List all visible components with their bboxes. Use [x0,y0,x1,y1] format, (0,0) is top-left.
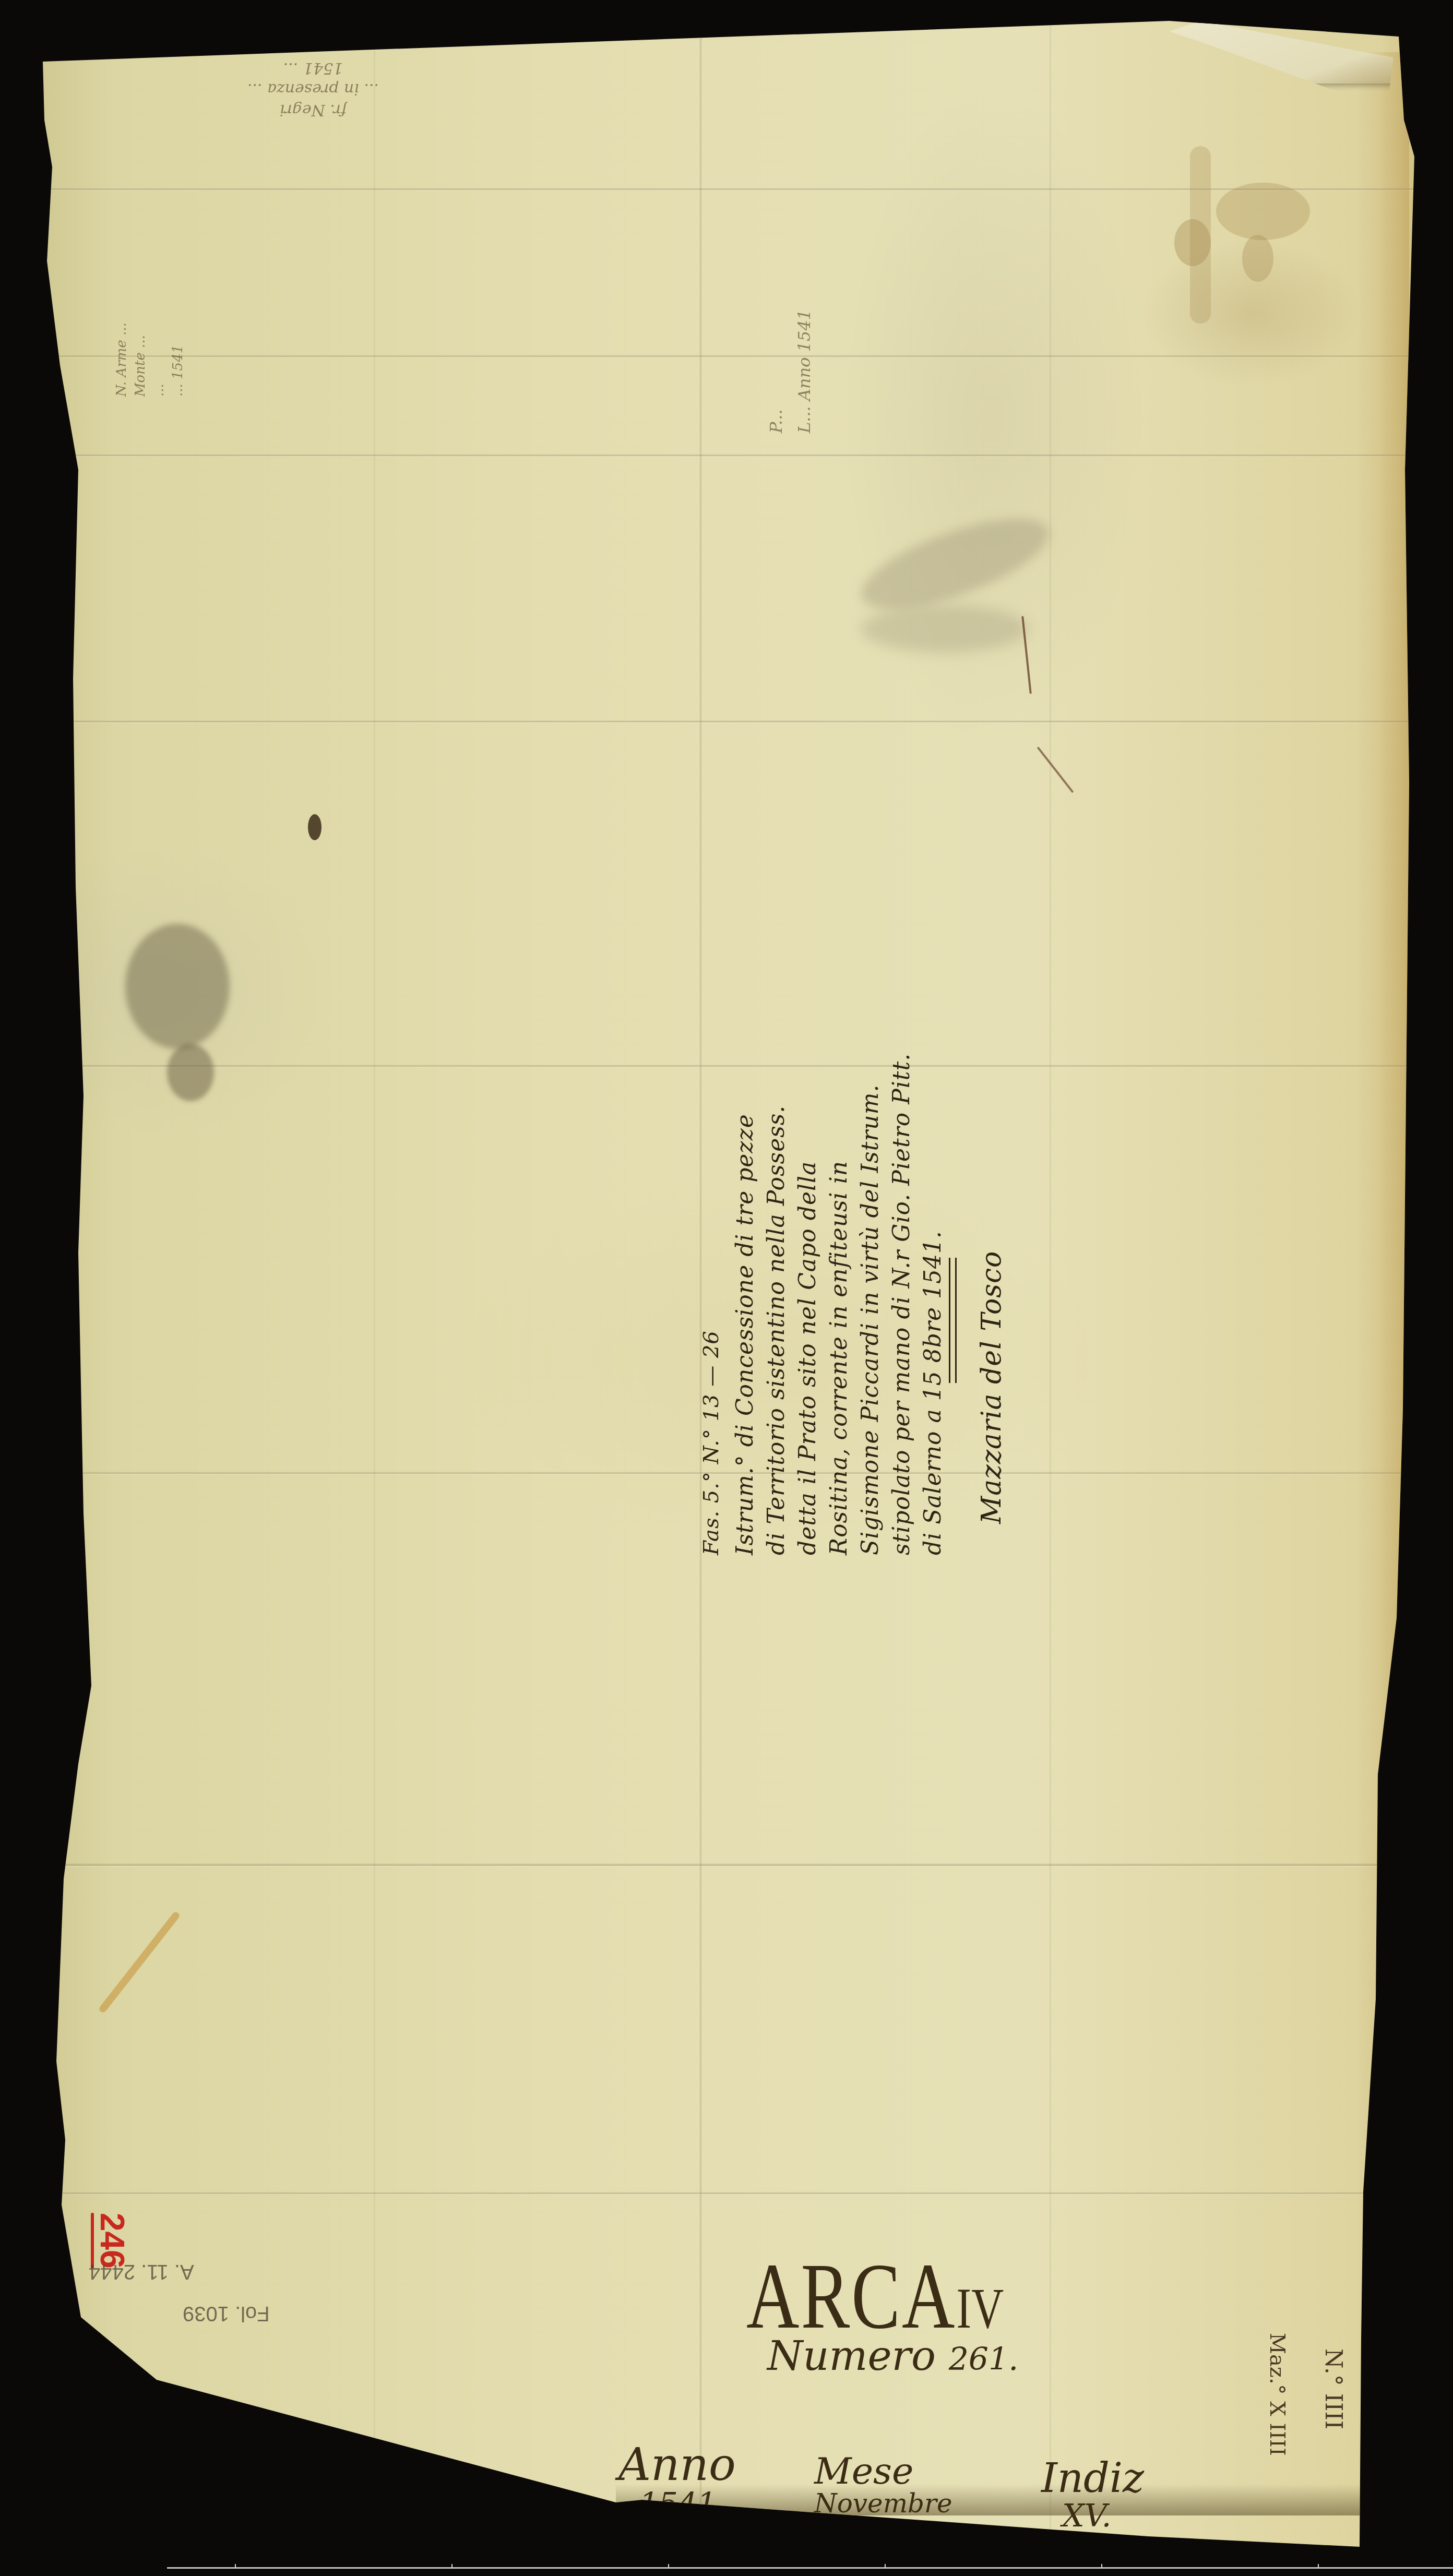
pencil-reference: A. 11. 2444 [89,2260,194,2283]
rust-streak [98,1911,181,2014]
mold-stain [167,1044,214,1101]
margin-line: ... 1541 [169,323,187,397]
scanner-ruler [167,2567,1453,2569]
signature-rule [949,1258,950,1383]
main-annotation-line: stipolato per mano di N.r Gio. Pietro Pi… [888,1053,915,1555]
main-annotation-line: Istrum.° di Concessione di tre pezze [732,1114,758,1555]
signature-rule [955,1258,957,1383]
top-annotation-line: fr. Negri [209,99,418,120]
water-stain [1242,235,1273,282]
faint-register-note: P... L... Anno 1541 [762,309,818,433]
left-margin-annotation: N. Arme ... Monte ... ... ... 1541 [112,323,187,397]
fold-line [0,454,1453,457]
pencil-reference: Fol. 1039 [183,2301,270,2325]
main-annotation-line: di Salerno a 15 8bre 1541. [920,1231,946,1555]
water-stain [1174,219,1211,266]
fold-line [0,1065,1453,1068]
main-annotation-line: di Territorio sistentino nella Possess. [763,1105,790,1555]
parchment-sheet: fr. Negri ... in presenza ... 1541 ... N… [0,0,1453,2576]
smudge [861,605,1028,652]
ruler-tick [1101,2564,1102,2568]
signature: Mazzaria del Tosco [976,1251,1007,1524]
right-shelfmark: N.° IIII [1320,2348,1347,2429]
register-line: L... Anno 1541 [790,309,818,433]
ink-stroke [1037,746,1074,793]
numero-label: Numero [767,2333,936,2380]
main-annotation-line: detta il Prato sito nel Capo della [794,1161,821,1555]
main-annotation-header: Fas. 5.° N.° 13 — 26 [699,1330,723,1555]
numero-value: 261. [949,2341,1019,2378]
fold-line [0,355,1453,358]
ruler-tick [451,2564,452,2568]
main-annotation-line: Sigismone Piccardi in virtù del Istrum. [857,1084,884,1555]
ruler-tick [885,2564,886,2568]
shelfmark-number: N.° IIII [1320,2348,1347,2429]
top-annotation-line: 1541 ... [209,57,418,78]
ink-blot [308,814,321,840]
fold-line [0,2192,1453,2195]
top-annotation: fr. Negri ... in presenza ... 1541 ... [209,57,418,120]
arca-roman-numeral: IV [957,2276,1004,2340]
pencil-ref-2: Fol. 1039 [183,2302,270,2325]
archive-number: Numero 261. [767,2333,1018,2380]
margin-line: ... [150,323,169,397]
shelfmark-maz: Maz.° X IIII [1265,2333,1289,2456]
anno-label: Anno [618,2442,736,2487]
fold-line [373,0,376,2576]
fold-line [0,720,1453,723]
ruler-tick [235,2564,236,2568]
main-annotation-line: Rositina, corrente in enfiteusi in [826,1161,852,1555]
ruler-tick [668,2564,669,2568]
right-shelfmark: Maz.° X IIII [1265,2333,1289,2456]
margin-line: N. Arme ... [112,323,131,397]
pencil-ref-1: A. 11. 2444 [89,2260,194,2283]
register-line: P... [762,309,790,433]
archive-title: ARCAIV [746,2249,1004,2343]
ruler-tick [1318,2564,1319,2568]
margin-line: Monte ... [131,323,150,397]
water-stain [1216,183,1310,240]
mold-stain [125,924,230,1049]
fold-line [0,1863,1453,1867]
main-annotation: Fas. 5.° N.° 13 — 26 Istrum.° di Concess… [699,1190,1086,1555]
top-annotation-line: ... in presenza ... [209,78,418,99]
